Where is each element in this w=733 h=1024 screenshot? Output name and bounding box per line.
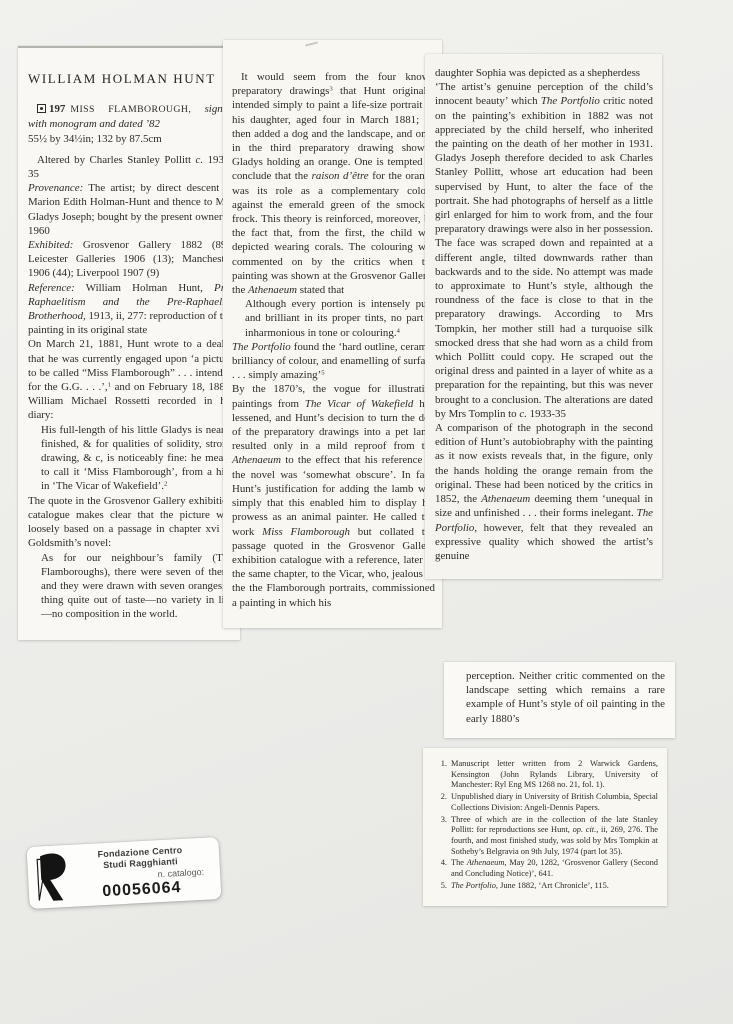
text-run: Unpublished diary in University of Briti… (451, 792, 658, 812)
text-run: William Holman Hunt, (75, 282, 214, 294)
text-run: Athenaeum (232, 454, 281, 466)
text-run: His full-length of his little Gladys is … (41, 424, 233, 493)
footnote-number: 2. (434, 792, 451, 813)
text-run: MISS FLAMBOROUGH, (70, 104, 191, 115)
footnote: 3.Three of which are in the collection o… (434, 815, 658, 858)
text-run: As for our neighbour’s family (The Flamb… (41, 552, 233, 621)
paragraph: ‘The artist’s genuine perception of the … (435, 80, 653, 421)
text-run: 1933-35 (527, 408, 566, 420)
paragraph: It would seem from the four known prepar… (232, 70, 435, 297)
text-run: , June 1882, ‘Art Chronicle’, 115. (496, 881, 609, 890)
paragraph: The Portfolio found the ‘hard outline, c… (232, 340, 435, 383)
footnote: 2.Unpublished diary in University of Bri… (434, 792, 658, 813)
text-run: 2 (164, 481, 167, 488)
text-run: daughter Sophia was depicted as a shephe… (435, 67, 640, 79)
paragraph: Reference: William Holman Hunt, Pre-Raph… (28, 281, 233, 338)
paragraph: 55½ by 34½in; 132 by 87.5cm (28, 132, 233, 146)
paragraph: daughter Sophia was depicted as a shephe… (435, 66, 653, 80)
text-run: Athenaeum (467, 858, 505, 867)
continuation-text: perception. Neither critic commented on … (466, 669, 665, 726)
paragraph: Although every portion is intensely pure… (245, 297, 435, 340)
text-run: The Vicar of Wakefield (305, 398, 413, 410)
text-run: 55½ by 34½in; 132 by 87.5cm (28, 133, 162, 145)
paragraph: As for our neighbour’s family (The Flamb… (41, 551, 233, 622)
scanned-catalogue-page: WILLIAM HOLMAN HUNT 197MISS FLAMBOROUGH,… (0, 0, 733, 1024)
page-title: WILLIAM HOLMAN HUNT (28, 72, 233, 86)
text-run: 1960 (28, 225, 50, 237)
text-run: Miss Flamborough (262, 526, 350, 538)
right-clipping: daughter Sophia was depicted as a shephe… (425, 54, 662, 579)
text-run: c. (519, 408, 527, 420)
footnote-text: Unpublished diary in University of Briti… (451, 792, 658, 813)
footnote-text: The Portfolio, June 1882, ‘Art Chronicle… (451, 881, 658, 892)
text-run: Although every portion is intensely pure… (245, 298, 435, 338)
text-run: Exhibited: (28, 239, 73, 251)
right-column-text: daughter Sophia was depicted as a shephe… (435, 66, 653, 563)
text-run: c. (196, 154, 204, 166)
text-run: critic noted on the painting’s exhibitio… (435, 95, 653, 419)
library-stamp: Fondazione Centro Studi Ragghianti n. ca… (27, 837, 222, 909)
footnote-number: 1. (434, 759, 451, 791)
continuation-clipping: perception. Neither critic commented on … (444, 662, 675, 738)
paragraph: Provenance: The artist; by direct descen… (28, 181, 233, 238)
text-run: perception. Neither critic commented on … (466, 670, 665, 725)
paragraph: 197MISS FLAMBOROUGH, signed with monogra… (28, 102, 233, 131)
text-run: 197 (49, 103, 65, 115)
text-run: Athenaeum (248, 284, 297, 296)
text-run: Manuscript letter written from 2 Warwick… (451, 759, 658, 789)
footnotes-clipping: 1.Manuscript letter written from 2 Warwi… (423, 748, 667, 906)
paragraph: A comparison of the photograph in the se… (435, 421, 653, 563)
footnote-text: Three of which are in the collection of … (451, 815, 658, 858)
footnote: 5.The Portfolio, June 1882, ‘Art Chronic… (434, 881, 658, 892)
text-run: The (451, 858, 467, 867)
entry-marker-icon (37, 104, 46, 113)
footnote-number: 3. (434, 815, 451, 858)
text-run: The Portfolio (232, 341, 291, 353)
text-run: The Portfolio (451, 881, 496, 890)
text-run: The quote in the Grosvenor Gallery exhib… (28, 495, 233, 550)
left-column-text: 197MISS FLAMBOROUGH, signed with monogra… (28, 102, 233, 621)
paragraph: By the 1870’s, the vogue for illustrativ… (232, 382, 435, 609)
text-run: raison d’être (312, 170, 369, 182)
footnotes-list: 1.Manuscript letter written from 2 Warwi… (434, 759, 658, 891)
text-run: Athenaeum (481, 493, 530, 505)
text-run: The Portfolio (541, 95, 600, 107)
text-run: Altered by Charles Stanley Pollitt (37, 154, 196, 166)
text-run: Provenance: (28, 182, 83, 194)
footnote: 4.The Athenaeum, May 20, 1282, ‘Grosveno… (434, 858, 658, 879)
paragraph: Altered by Charles Stanley Pollitt c. 19… (28, 153, 233, 181)
paragraph: perception. Neither critic commented on … (466, 669, 665, 726)
stamp-text: Fondazione Centro Studi Ragghianti n. ca… (69, 843, 213, 901)
text-run: 4 (397, 327, 400, 334)
text-run: Reference: (28, 282, 75, 294)
paragraph: On March 21, 1881, Hunt wrote to a deale… (28, 337, 233, 422)
text-run: that Hunt originally intended simply to … (232, 85, 435, 182)
text-run: for the orange was its role as a complem… (232, 170, 435, 296)
footnote-text: The Athenaeum, May 20, 1282, ‘Grosvenor … (451, 858, 658, 879)
text-run (191, 103, 204, 115)
paragraph: Exhibited: Grosvenor Gallery 1882 (89); … (28, 238, 233, 281)
footnote: 1.Manuscript letter written from 2 Warwi… (434, 759, 658, 791)
middle-clipping: It would seem from the four known prepar… (223, 40, 442, 628)
text-run: op. cit., (573, 825, 599, 834)
footnote-number: 4. (434, 858, 451, 879)
paragraph: His full-length of his little Gladys is … (41, 423, 233, 494)
paragraph: The quote in the Grosvenor Gallery exhib… (28, 494, 233, 551)
middle-column-text: It would seem from the four known prepar… (232, 70, 435, 610)
left-clipping: WILLIAM HOLMAN HUNT 197MISS FLAMBOROUGH,… (18, 46, 240, 640)
footnote-text: Manuscript letter written from 2 Warwick… (451, 759, 658, 791)
text-run: 5 (321, 370, 324, 377)
text-run: stated that (297, 284, 344, 296)
ragghianti-logo-icon (33, 850, 72, 904)
footnote-number: 5. (434, 881, 451, 892)
